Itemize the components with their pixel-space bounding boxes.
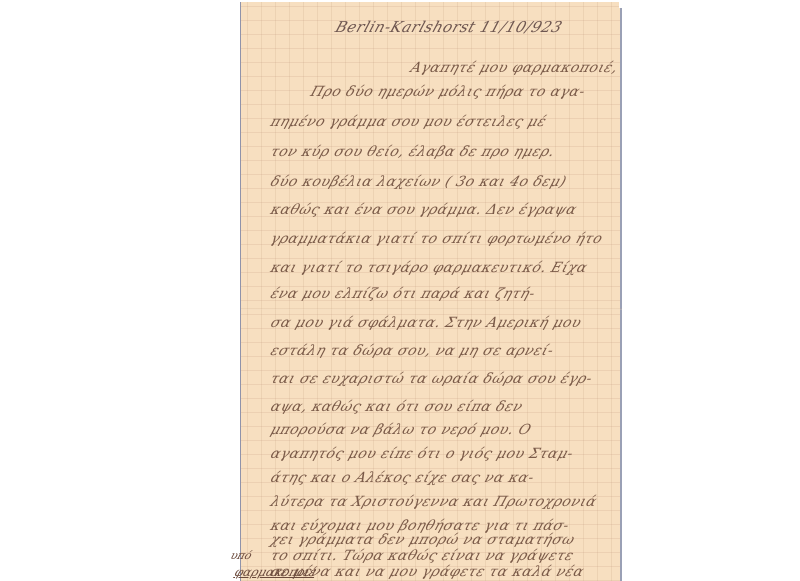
scanned-letter-page: Berlin-Karlshorst 11/10/923 Αγαπητέ μου … [0,0,800,581]
letter-line: και γιατί το τσιγάρο φαρμακευτικό. Είχα [268,260,589,276]
closing-signature: φαρμακοποιέ [233,565,318,579]
letter-line: μπορούσα να βάλω το νερό μου. Ο [268,422,533,438]
letter-line: γραμματάκια γιατί το σπίτι φορτωμένο ήτο [268,231,604,247]
letter-line: χει γράμματα δεν μπορώ να σταματήσω [268,532,577,548]
graph-paper-sheet: Berlin-Karlshorst 11/10/923 Αγαπητέ μου … [240,2,622,581]
letter-line: Προ δύο ημερών μόλις πήρα το αγα- [308,84,587,100]
letter-line: άτης και ο Αλέκος είχε σας να κα- [268,470,536,486]
letter-line: πημένο γράμμα σου μου έστειλες μέ [268,114,548,130]
letter-line: τον κύρ σου θείο, έλαβα δε προ ημερ. [268,144,557,160]
letter-line: σα μου γιά σφάλματα. Στην Αμερική μου [268,315,583,331]
letter-line: το σπίτι. Τώρα καθώς είναι να γράψετε [268,548,575,564]
letter-line: αψα, καθώς και ότι σου είπα δεν [268,399,524,415]
letter-line: αγαπητός μου είπε ότι ο γιός μου Σταμ- [268,446,575,462]
letter-place-date: Berlin-Karlshorst 11/10/923 [333,18,565,36]
closing-line: υπό [229,549,254,562]
letter-line: εστάλη τα δώρα σου, να μη σε αρνεί- [268,343,556,359]
torn-corner [619,2,623,8]
letter-line: ένα μου ελπίζω ότι παρά και ζητή- [268,286,537,302]
letter-line: καθώς και ένα σου γράμμα. Δεν έγραψα [268,202,579,218]
letter-line: δύο κουβέλια λαχείων ( 3ο και 4ο δεμ) [268,174,568,190]
letter-line: λύτερα τα Χριστούγεννα και Πρωτοχρονιά [268,494,599,510]
letter-line: ται σε ευχαριστώ τα ωραία δώρα σου έγρ- [268,371,594,387]
letter-salutation: Αγαπητέ μου φαρμακοποιέ, [408,60,620,76]
